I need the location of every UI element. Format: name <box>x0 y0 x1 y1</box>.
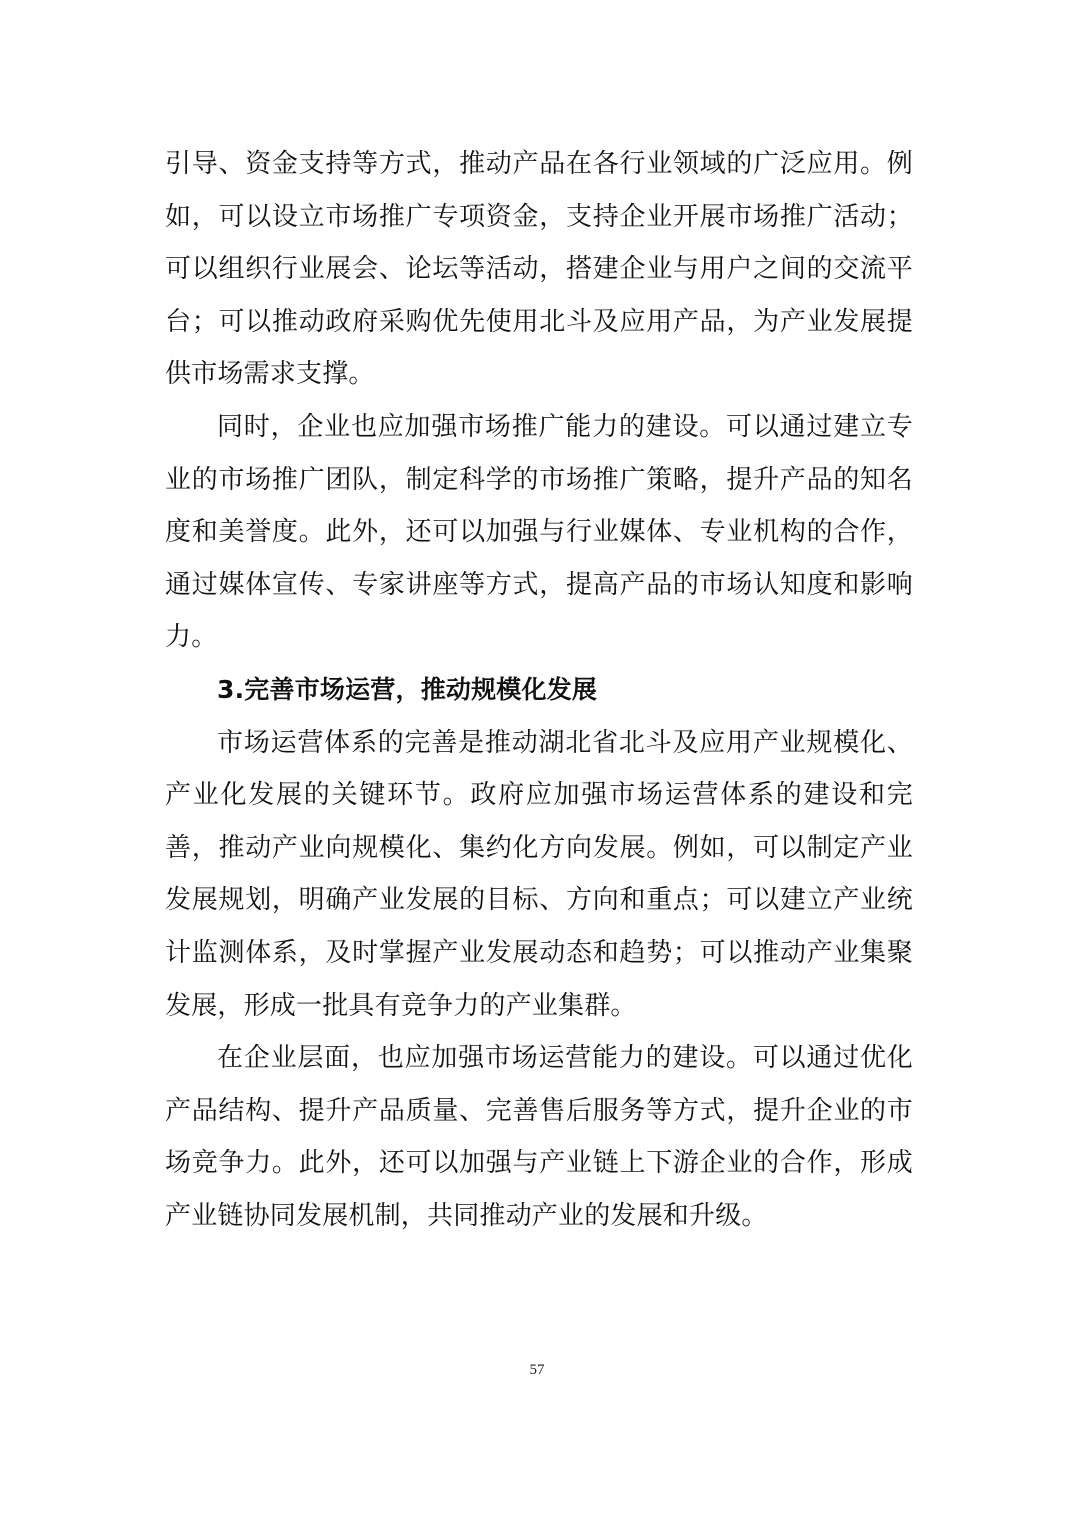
section-heading: 3.完善市场运营，推动规模化发展 <box>165 664 913 717</box>
document-page: 引导、资金支持等方式，推动产品在各行业领域的广泛应用。例如，可以设立市场推广专项… <box>0 0 1074 1520</box>
paragraph-enterprise-level: 在企业层面，也应加强市场运营能力的建设。可以通过优化产品结构、提升产品质量、完善… <box>165 1032 913 1242</box>
paragraph-market-operation: 市场运营体系的完善是推动湖北省北斗及应用产业规模化、产业化发展的关键环节。政府应… <box>165 717 913 1033</box>
page-body: 引导、资金支持等方式，推动产品在各行业领域的广泛应用。例如，可以设立市场推广专项… <box>165 138 913 1242</box>
paragraph-continuation: 引导、资金支持等方式，推动产品在各行业领域的广泛应用。例如，可以设立市场推广专项… <box>165 138 913 401</box>
paragraph-market-promotion: 同时，企业也应加强市场推广能力的建设。可以通过建立专业的市场推广团队，制定科学的… <box>165 401 913 664</box>
page-number: 57 <box>0 1362 1074 1379</box>
